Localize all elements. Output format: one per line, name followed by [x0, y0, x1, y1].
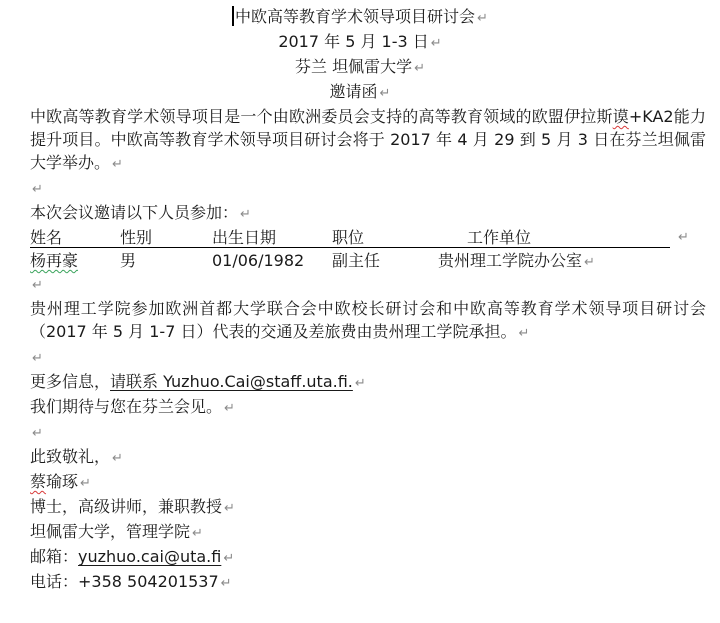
doc-date: 2017 年 5 月 1-3 日 [278, 32, 428, 51]
roster-data-row: 杨再豪 男 01/06/1982 副主任 贵州理工学院办公室↵ [30, 249, 706, 272]
paragraph-mark: ↵ [477, 11, 488, 26]
roster-gender: 男 [120, 249, 136, 272]
doc-date-line: 2017 年 5 月 1-3 日↵ [30, 30, 690, 55]
paragraph-mark: ↵ [223, 551, 234, 566]
doc-subtitle: 邀请函 [330, 82, 378, 101]
doc-location-line: 芬兰 坦佩雷大学↵ [30, 55, 690, 80]
email-link[interactable]: yuzhuo.cai@uta.fi [78, 547, 221, 566]
intro-paragraph: 中欧高等教育学术领导项目是一个由欧洲委员会支持的高等教育领域的欧盟伊拉斯谟+KA… [30, 105, 706, 176]
roster-workunit-cell: 贵州理工学院办公室↵ [438, 249, 595, 274]
paragraph-mark: ↵ [355, 376, 366, 391]
empty-line: ↵ [30, 420, 706, 445]
expenses-text: 贵州理工学院参加欧洲首都大学联合会中欧校长研讨会和中欧高等教育学术领导项目研讨会… [30, 299, 706, 341]
signer-name-rest: 瑜琢 [46, 472, 78, 491]
doc-title-line: 中欧高等教育学术领导项目研讨会↵ [30, 5, 690, 30]
closing-text: 我们期待与您在芬兰会见。 [30, 397, 222, 416]
closing-line: 我们期待与您在芬兰会见。↵ [30, 395, 706, 420]
more-info-prefix: 更多信息， [30, 372, 110, 391]
roster-birthdate: 01/06/1982 [212, 249, 304, 272]
paragraph-mark: ↵ [240, 207, 251, 222]
doc-subtitle-line: 邀请函↵ [30, 80, 690, 105]
signer-titles: 博士，高级讲师，兼职教授 [30, 497, 222, 516]
paragraph-mark: ↵ [112, 451, 123, 466]
signer-affiliation-line: 坦佩雷大学，管理学院↵ [30, 520, 706, 545]
phone-line: 电话：+358 504201537↵ [30, 570, 706, 595]
paragraph-mark: ↵ [431, 36, 442, 51]
signer-name-line: 蔡瑜琢↵ [30, 470, 706, 495]
paragraph-mark: ↵ [518, 326, 529, 341]
paragraph-mark: ↵ [192, 526, 203, 541]
signer-name-flagged: 蔡 [30, 472, 46, 491]
letterhead: 中欧高等教育学术领导项目研讨会↵ 2017 年 5 月 1-3 日↵ 芬兰 坦佩… [30, 5, 690, 105]
expenses-paragraph: 贵州理工学院参加欧洲首都大学联合会中欧校长研讨会和中欧高等教育学术领导项目研讨会… [30, 297, 706, 345]
phone-label: 电话： [30, 572, 78, 591]
empty-line: ↵ [30, 345, 706, 370]
paragraph-mark: ↵ [584, 255, 595, 270]
roster-header-name: 姓名 [30, 226, 62, 249]
doc-location: 芬兰 坦佩雷大学 [295, 57, 412, 76]
invite-lead-line: 本次会议邀请以下人员参加：↵ [30, 201, 706, 226]
salutation-line: 此致敬礼，↵ [30, 445, 706, 470]
empty-line: ↵ [30, 176, 706, 201]
roster-header-birthdate: 出生日期 [212, 226, 276, 249]
roster-name: 杨再豪 [30, 249, 78, 272]
more-info-line: 更多信息，请联系 Yuzhuo.Cai@staff.uta.fi.↵ [30, 370, 706, 395]
paragraph-mark: ↵ [32, 351, 43, 366]
paragraph-mark: ↵ [32, 278, 43, 293]
empty-line: ↵ [30, 272, 706, 297]
text-cursor [232, 6, 234, 26]
roster-position: 副主任 [332, 249, 380, 272]
roster-header-position: 职位 [332, 226, 364, 249]
intro-text: 中欧高等教育学术领导项目是一个由欧洲委员会支持的高等教育领域的欧盟伊拉斯 [30, 107, 613, 126]
roster-header-gender: 性别 [120, 226, 152, 249]
paragraph-mark: ↵ [32, 182, 43, 197]
paragraph-mark: ↵ [80, 476, 91, 491]
signer-affiliation: 坦佩雷大学，管理学院 [30, 522, 190, 541]
document-page[interactable]: 中欧高等教育学术领导项目研讨会↵ 2017 年 5 月 1-3 日↵ 芬兰 坦佩… [0, 0, 720, 623]
phone-number: +358 504201537 [78, 572, 219, 591]
paragraph-mark: ↵ [224, 401, 235, 416]
invite-lead: 本次会议邀请以下人员参加： [30, 203, 238, 222]
paragraph-mark: ↵ [380, 86, 391, 101]
email-line: 邮箱：yuzhuo.cai@uta.fi↵ [30, 545, 706, 570]
email-label: 邮箱： [30, 547, 78, 566]
roster-workunit: 贵州理工学院办公室 [438, 251, 582, 270]
paragraph-mark: ↵ [678, 226, 689, 249]
roster-header-workunit: 工作单位 [467, 226, 531, 249]
paragraph-mark: ↵ [224, 501, 235, 516]
roster-header-row: 姓名 性别 出生日期 职位 工作单位 ↵ [30, 226, 706, 249]
doc-title: 中欧高等教育学术领导项目研讨会 [235, 7, 475, 26]
paragraph-mark: ↵ [221, 576, 232, 591]
spellcheck-flagged-text: 谟 [613, 107, 629, 126]
signer-titles-line: 博士，高级讲师，兼职教授↵ [30, 495, 706, 520]
salutation: 此致敬礼， [30, 447, 110, 466]
paragraph-mark: ↵ [414, 61, 425, 76]
paragraph-mark: ↵ [112, 157, 123, 172]
contact-email-link[interactable]: 请联系 Yuzhuo.Cai@staff.uta.fi. [110, 372, 353, 391]
paragraph-mark: ↵ [32, 426, 43, 441]
